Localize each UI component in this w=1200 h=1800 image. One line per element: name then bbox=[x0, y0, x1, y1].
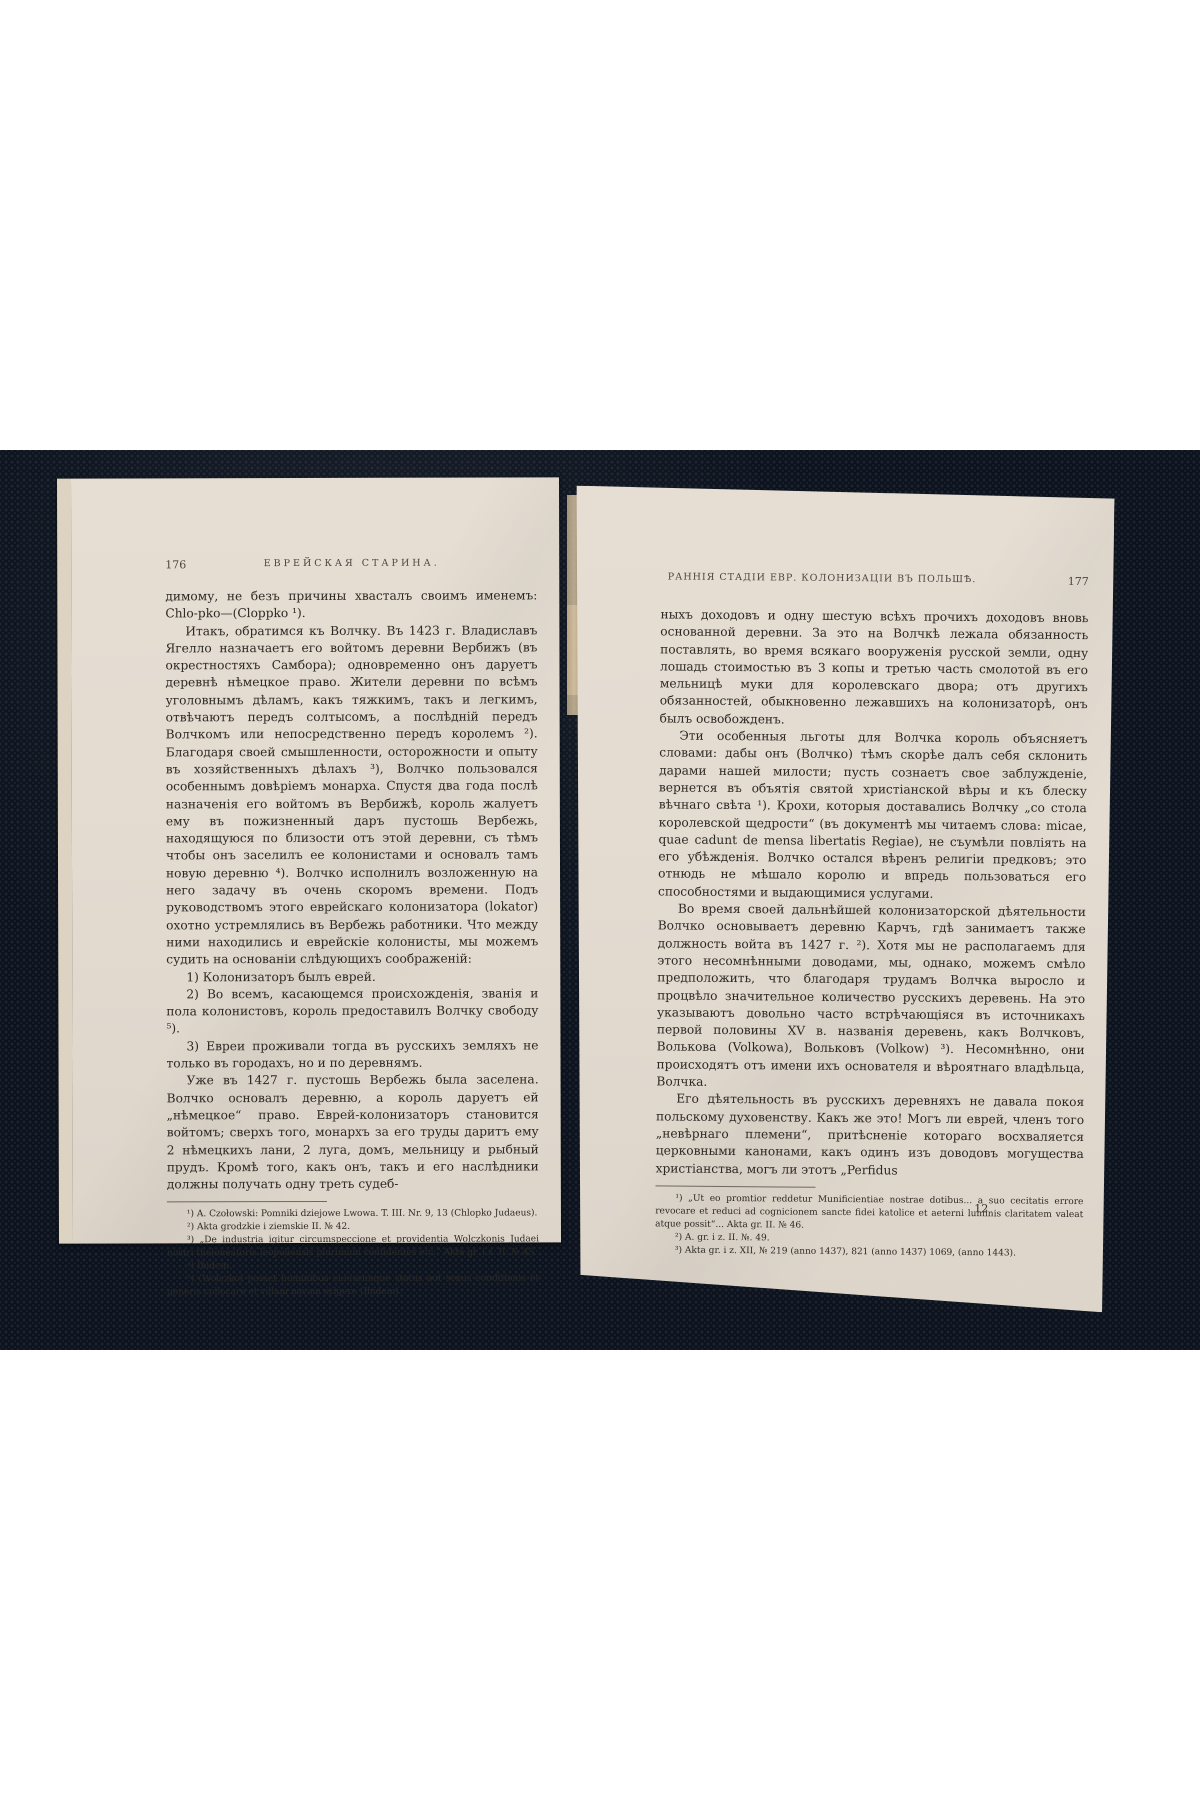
footnote: ³) „De industria igitur circumspeccione … bbox=[167, 1234, 539, 1261]
paragraph: ныхъ доходовъ и одну шестую всѣхъ прочих… bbox=[659, 606, 1088, 731]
footnote: ¹) „Ut eo promtior reddetur Munificienti… bbox=[655, 1192, 1083, 1235]
left-page: 176 ЕВРЕЙСКАЯ СТАРИНА. димому, не безъ п… bbox=[57, 477, 561, 1243]
footnote: ⁵) (Wolczko) posset hominibus cuiuscunqu… bbox=[167, 1273, 539, 1300]
running-title: РАННІЯ СТАДІИ ЕВР. КОЛОНИЗАЦІИ ВЪ ПОЛЬШѢ… bbox=[668, 571, 977, 587]
footnotes: ¹) „Ut eo promtior reddetur Munificienti… bbox=[655, 1192, 1084, 1261]
list-item: 2) Во всемъ, касающемся происхожденія, з… bbox=[166, 985, 538, 1038]
right-page-header: РАННІЯ СТАДІИ ЕВР. КОЛОНИЗАЦІИ ВЪ ПОЛЬШѢ… bbox=[576, 571, 1114, 589]
paragraph: димому, не безъ причины хвасталъ своимъ … bbox=[165, 587, 537, 623]
footnote-divider bbox=[655, 1185, 815, 1187]
page-number: 176 bbox=[165, 558, 186, 571]
page-number: 177 bbox=[1068, 575, 1089, 588]
paragraph: Его дѣятельность въ русскихъ деревняхъ н… bbox=[656, 1091, 1085, 1181]
list-item: 3) Евреи проживали тогда въ русскихъ зем… bbox=[166, 1037, 538, 1073]
paragraph: Эти особенныя льготы для Волчка король о… bbox=[658, 727, 1087, 904]
footnote: ¹) A. Czołowski: Pomniki dziejowe Lwowa.… bbox=[167, 1208, 539, 1222]
signature-mark: 12 bbox=[974, 1202, 988, 1215]
footnote: ³) Akta gr. i z. XII, № 219 (anno 1437),… bbox=[655, 1244, 1083, 1261]
right-page-body: ныхъ доходовъ и одну шестую всѣхъ прочих… bbox=[655, 606, 1089, 1261]
paragraph: Во время своей дальнѣйшей колонизаторско… bbox=[656, 900, 1086, 1094]
paragraph: Итакъ, обратимся къ Волчку. Въ 1423 г. В… bbox=[165, 622, 538, 969]
paragraph: Уже въ 1427 г. пустошь Вербежь была засе… bbox=[167, 1072, 539, 1194]
left-page-header: 176 ЕВРЕЙСКАЯ СТАРИНА. bbox=[71, 557, 559, 571]
footnote-divider bbox=[167, 1201, 327, 1202]
right-page: РАННІЯ СТАДІИ ЕВР. КОЛОНИЗАЦІИ ВЪ ПОЛЬШѢ… bbox=[569, 486, 1114, 1313]
running-title: ЕВРЕЙСКАЯ СТАРИНА. bbox=[264, 558, 440, 571]
footnotes: ¹) A. Czołowski: Pomniki dziejowe Lwowa.… bbox=[167, 1208, 539, 1300]
footnote: ²) Akta grodzkie i ziemskie II. № 42. bbox=[167, 1221, 539, 1235]
footnote: ⁴) Ibidem. bbox=[167, 1260, 539, 1274]
list-item: 1) Колонизаторъ былъ еврей. bbox=[166, 968, 538, 986]
left-page-body: димому, не безъ причины хвасталъ своимъ … bbox=[165, 587, 539, 1299]
